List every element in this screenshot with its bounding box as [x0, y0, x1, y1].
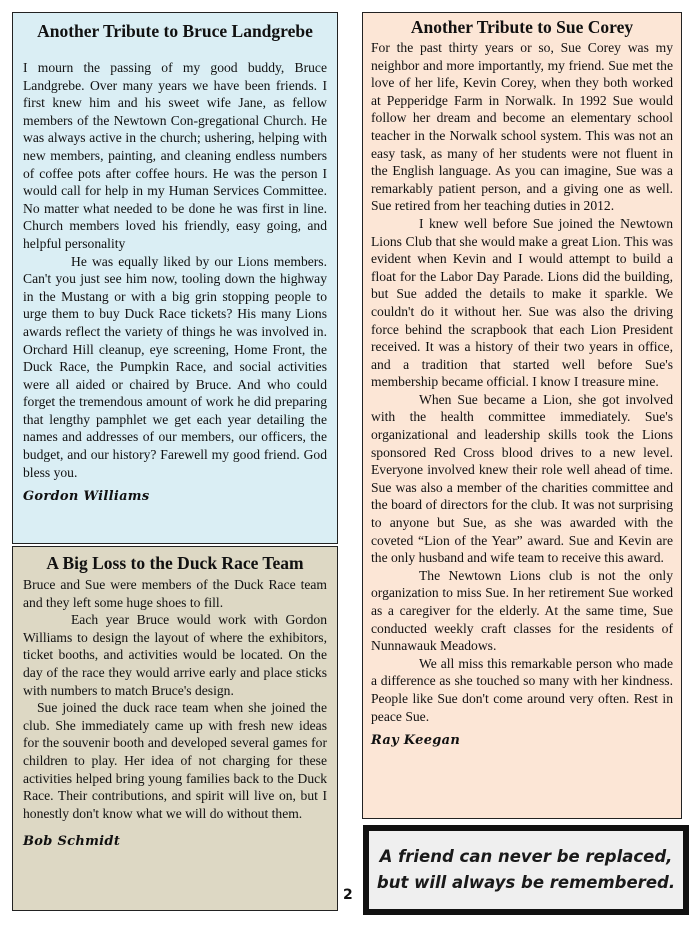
page-number: 2 — [343, 887, 353, 903]
article-sue-tribute: Another Tribute to Sue Corey For the pas… — [362, 12, 682, 819]
paragraph: For the past thirty years or so, Sue Cor… — [371, 39, 673, 215]
paragraph: Sue joined the duck race team when she j… — [23, 699, 327, 822]
article-title: Another Tribute to Bruce Landgrebe — [23, 21, 327, 41]
paragraph: He was equally liked by our Lions member… — [23, 253, 327, 482]
article-title: Another Tribute to Sue Corey — [371, 17, 673, 37]
quote-line-2: but will always be remembered. — [377, 870, 675, 896]
article-body: For the past thirty years or so, Sue Cor… — [371, 39, 673, 725]
article-body: Bruce and Sue were members of the Duck R… — [23, 576, 327, 822]
signature: Bob Schmidt — [23, 834, 327, 849]
article-bruce-tribute: Another Tribute to Bruce Landgrebe I mou… — [12, 12, 338, 544]
paragraph: When Sue became a Lion, she got involved… — [371, 391, 673, 567]
article-duck-race: A Big Loss to the Duck Race Team Bruce a… — [12, 546, 338, 911]
paragraph: I knew well before Sue joined the Newtow… — [371, 215, 673, 391]
quote-box: A friend can never be replaced, but will… — [363, 825, 689, 915]
paragraph: Each year Bruce would work with Gordon W… — [23, 611, 327, 699]
signature: Gordon Williams — [23, 489, 327, 504]
paragraph: I mourn the passing of my good buddy, Br… — [23, 59, 327, 253]
paragraph: We all miss this remarkable person who m… — [371, 655, 673, 725]
quote-line-1: A friend can never be replaced, — [380, 844, 673, 870]
paragraph: Bruce and Sue were members of the Duck R… — [23, 576, 327, 611]
signature: Ray Keegan — [371, 733, 673, 748]
article-title: A Big Loss to the Duck Race Team — [23, 553, 327, 573]
paragraph: The Newtown Lions club is not the only o… — [371, 567, 673, 655]
article-body: I mourn the passing of my good buddy, Br… — [23, 59, 327, 481]
